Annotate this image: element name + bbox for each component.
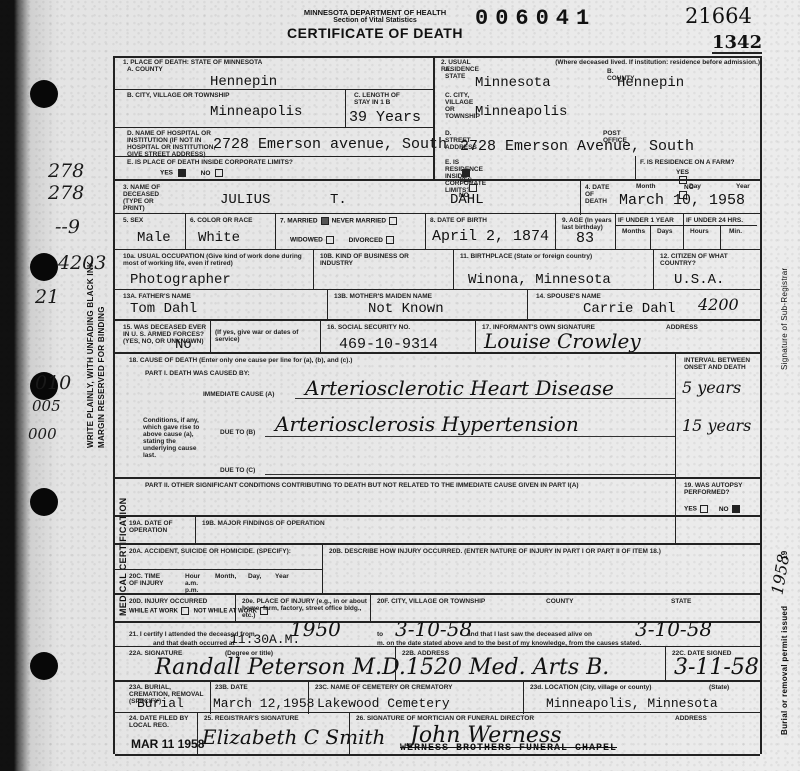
min-label: Min.	[729, 228, 742, 235]
spouse-name: Carrie Dahl	[583, 301, 675, 317]
birthplace: Winona, Minnesota	[468, 272, 611, 288]
residence-city: Minneapolis	[475, 104, 567, 120]
mother-name: Not Known	[368, 301, 444, 317]
under-24-label: IF UNDER 24 HRS.	[686, 217, 743, 224]
divider	[115, 127, 433, 128]
findings-cell: 19b. MAJOR FINDINGS OF OPERATION	[195, 517, 676, 545]
immediate-cause-label: IMMEDIATE CAUSE (a)	[203, 391, 274, 398]
year-label: Year	[275, 573, 289, 580]
day-label: Day,	[248, 573, 261, 580]
injury-occurred-label: 20d. INJURY OCCURRED	[129, 598, 207, 605]
operation-date-label: 19a. DATE OF OPERATION	[129, 520, 179, 534]
yes-checkbox-checked[interactable]	[178, 169, 186, 177]
operation-row: 19a. DATE OF OPERATION 19b. MAJOR FINDIN…	[115, 515, 760, 545]
stay-label: c. LENGTH OF STAY in 1 b	[354, 92, 409, 106]
parents-row: 13a. FATHER'S NAME Tom Dahl 13b. MOTHER'…	[115, 289, 760, 320]
min-cell: Min.	[720, 225, 721, 250]
occupation-row: 10a. USUAL OCCUPATION (Give kind of work…	[115, 249, 760, 290]
no-checkbox[interactable]	[215, 169, 223, 177]
conditions-label: Conditions, if any, which gave rise to a…	[143, 417, 205, 459]
inside-limits-label: e. IS PLACE OF DEATH INSIDE CORPORATE LI…	[127, 159, 293, 166]
immediate-interval: 5 years	[682, 378, 741, 397]
no-checkbox-checked[interactable]	[732, 505, 740, 513]
residence-note: (Where deceased lived. If institution: r…	[555, 59, 760, 66]
injury-county-label: COUNTY	[546, 598, 573, 605]
findings-label: 19b. MAJOR FINDINGS OF OPERATION	[202, 520, 325, 527]
age-label: 9. AGE (In years last birthday)	[562, 217, 618, 231]
never-married-label: NEVER MARRIED	[332, 218, 387, 225]
hour-label: Hour a.m. p.m.	[185, 573, 205, 594]
hours-label: Hours	[690, 228, 709, 235]
certificate-number: 006041	[475, 6, 596, 31]
death-city: Minneapolis	[210, 104, 302, 120]
margin-note: 278	[48, 160, 84, 182]
part1-label: PART I. DEATH WAS CAUSED BY:	[145, 370, 250, 377]
last-seen-label: and that I last saw the deceased alive o…	[467, 631, 592, 638]
widowed-options: WIDOWED DIVORCED	[290, 236, 397, 244]
injury-state-label: STATE	[671, 598, 691, 605]
service-row: 15. WAS DECEASED EVER IN U. S. ARMED FOR…	[115, 319, 760, 354]
under-1-year-label: IF UNDER 1 YEAR	[618, 217, 674, 224]
date-of-birth: April 2, 1874	[432, 228, 549, 245]
page-title: CERTIFICATE OF DEATH	[270, 25, 480, 41]
informant-signature: Louise Crowley	[484, 329, 641, 353]
department-title: MINNESOTA DEPARTMENT OF HEALTH	[290, 8, 460, 17]
injury-row: 20a. ACCIDENT, SUICIDE OR HOMICIDE. (SPE…	[115, 543, 760, 595]
cemetery-cell: 23c. NAME OF CEMETERY OR CREMATORY Lakew…	[308, 682, 524, 714]
divorced-label: DIVORCED	[349, 237, 383, 244]
time-of-death: 11:30A.M.	[230, 632, 300, 647]
stay-cell: c. LENGTH OF STAY in 1 b 39 Years	[345, 89, 346, 127]
permit-year-hand: 1958	[767, 553, 793, 596]
physician-address-cell: 22b. ADDRESS 1520 Med. Arts B.	[395, 647, 666, 681]
farm-cell: f. IS RESIDENCE ON A FARM? YES NO	[635, 156, 636, 179]
day-label: Day	[689, 183, 701, 190]
part2-label: PART II. OTHER SIGNIFICANT CONDITIONS CO…	[145, 482, 655, 489]
race-cell: 6. COLOR OR RACE White	[185, 214, 186, 250]
under-24-hrs-cell: IF UNDER 24 HRS. Hours Min.	[683, 214, 757, 250]
part2-row: PART II. OTHER SIGNIFICANT CONDITIONS CO…	[115, 477, 760, 517]
hospital-label: d. NAME OF HOSPITAL OR INSTITUTION (If n…	[127, 130, 227, 158]
binding-hole	[30, 253, 58, 281]
registrar-label: 25. REGISTRAR'S SIGNATURE	[204, 715, 299, 722]
burial-state-label: (State)	[709, 684, 729, 691]
usual-residence-section: 2. USUAL RESIDENCE (Where deceased lived…	[433, 56, 435, 179]
to-label: to	[377, 631, 383, 638]
director-label: 26. SIGNATURE OF MORTICIAN OR FUNERAL DI…	[356, 715, 534, 722]
year-label: Year	[736, 183, 750, 190]
cause-of-death-section: 18. CAUSE OF DEATH (Enter only one cause…	[115, 352, 760, 479]
cemetery: Lakewood Cemetery	[317, 696, 450, 711]
married-options: 7. MARRIEDNEVER MARRIED	[280, 217, 400, 225]
address-label: ADDRESS	[666, 324, 698, 331]
margin-note: 278	[48, 182, 84, 204]
immediate-cause: Arteriosclerotic Heart Disease	[305, 376, 614, 400]
date-signed-cell: 22c. DATE SIGNED 3-11-58	[665, 647, 757, 681]
married-checkbox[interactable]	[321, 217, 329, 225]
vitals-row: 5. SEX Male 6. COLOR OR RACE White 7. MA…	[115, 213, 760, 250]
while-at-work-label: WHILE AT WORK	[129, 609, 178, 615]
burial-location-label: 23d. LOCATION (City, village or county)	[530, 684, 651, 691]
burial-row: 23a. BURIAL, CREMATION, REMOVAL (Specify…	[115, 680, 760, 714]
hospital-address: 2728 Emerson avenue, South	[213, 136, 447, 153]
divider	[115, 156, 433, 157]
certificate-paper: 278 278 --9 4203 21 010 005 000 WRITE PL…	[0, 0, 800, 771]
death-certificate-form: 1. PLACE OF DEATH: STATE OF MINNESOTA a.…	[113, 56, 762, 754]
spouse-cell: 14. SPOUSE'S NAME Carrie Dahl 4200	[527, 290, 757, 320]
margin-note: 4203	[58, 252, 106, 274]
occupation-label: 10a. USUAL OCCUPATION (Give kind of work…	[123, 253, 308, 267]
residence-street: 2728 Emerson Avenue, South	[460, 138, 694, 155]
physician-row: 22a. SIGNATURE (Degree or title) Randall…	[115, 646, 760, 681]
margin-note: 000	[28, 425, 57, 443]
days-label: Days	[657, 228, 673, 235]
father-label: 13a. FATHER'S NAME	[123, 293, 191, 300]
place-of-death-label: 1. PLACE OF DEATH: STATE OF MINNESOTA	[123, 59, 262, 66]
race-label: 6. COLOR OR RACE	[190, 217, 260, 224]
certification-row: 21. I certify I attended the deceased fr…	[115, 621, 760, 648]
last-name: DAHL	[450, 192, 484, 208]
due-to-b-label: DUE TO (b)	[220, 429, 255, 436]
business-label: 10b. KIND OF BUSINESS OR INDUSTRY	[320, 253, 420, 267]
ssn: 469-10-9314	[339, 336, 438, 353]
under-1-year-cell: IF UNDER 1 YEAR Months Days	[615, 214, 684, 250]
yes-checkbox-checked[interactable]	[462, 169, 470, 177]
burial-date: March 12,1958	[213, 696, 314, 711]
interval-label: INTERVAL BETWEEN ONSET AND DEATH	[684, 357, 759, 371]
due-to-b-cause: Arteriosclerosis Hypertension	[275, 412, 579, 436]
physician-address: 1520 Med. Arts B.	[406, 655, 609, 680]
dob-cell: 8. DATE OF BIRTH April 2, 1874	[425, 214, 556, 250]
date-filed: MAR 11 1958	[131, 737, 204, 751]
name-row: 3. NAME OF DECEASED (Type or Print) JULI…	[115, 179, 760, 215]
director-address-label: ADDRESS	[675, 715, 707, 722]
due-to-c-label: DUE TO (c)	[220, 467, 255, 474]
no-label: NO	[719, 506, 729, 513]
armed-forces: No	[175, 337, 192, 353]
marital-cell: 7. MARRIEDNEVER MARRIED WIDOWED DIVORCED	[275, 214, 426, 250]
yes-label: YES	[160, 170, 173, 177]
burial-location: Minneapolis, Minnesota	[546, 696, 718, 711]
registrar-cell: 25. REGISTRAR'S SIGNATURE Elizabeth C Sm…	[197, 713, 350, 755]
binding-hole	[30, 488, 58, 516]
autopsy-label: 19. WAS AUTOPSY PERFORMED?	[684, 482, 754, 496]
filed-label: 24. DATE FILED BY LOCAL REG.	[129, 715, 189, 729]
margin-note: 005	[32, 397, 61, 415]
never-married-checkbox[interactable]	[389, 217, 397, 225]
name-label: 3. NAME OF DECEASED (Type or Print)	[123, 184, 163, 212]
death-county: Hennepin	[210, 74, 277, 90]
burial-location-cell: 23d. LOCATION (City, village or county) …	[523, 682, 757, 714]
ink-instruction: WRITE PLAINLY, WITH UNFADING BLACK INK	[86, 261, 95, 448]
date-of-death-label: 4. DATE OF DEATH	[585, 184, 615, 205]
time-of-injury-label: 20c. TIME OF INJURY	[129, 573, 169, 587]
describe-injury-label: 20b. DESCRIBE HOW INJURY OCCURRED. (Ente…	[329, 548, 661, 555]
burial-date-cell: 23b. DATE March 12,1958	[210, 682, 309, 714]
sex-label: 5. SEX	[123, 217, 143, 224]
cemetery-label: 23c. NAME OF CEMETERY OR CREMATORY	[315, 684, 452, 691]
father-name: Tom Dahl	[130, 301, 197, 317]
divider	[115, 89, 433, 90]
describe-injury-cell: 20b. DESCRIBE HOW INJURY OCCURRED. (Ente…	[322, 545, 757, 595]
armed-forces-label: 15. WAS DECEASED EVER IN U. S. ARMED FOR…	[123, 324, 213, 345]
autopsy-options: YES NO	[684, 505, 743, 513]
dob-label: 8. DATE OF BIRTH	[430, 217, 487, 224]
file-number: 21664	[685, 4, 752, 28]
divider	[115, 569, 322, 570]
county-label: a. COUNTY	[127, 66, 163, 73]
yes-label: YES	[684, 506, 697, 513]
citizen-cell: 12. CITIZEN OF WHAT COUNTRY? U.S.A.	[653, 250, 757, 290]
mother-cell: 13b. MOTHER'S MAIDEN NAME Not Known	[327, 290, 528, 320]
residence-state: Minnesota	[475, 75, 551, 91]
binding-hole	[30, 80, 58, 108]
state-label: a. STATE	[445, 66, 465, 80]
injury-city-label: 20f. CITY, VILLAGE OR TOWNSHIP	[377, 598, 485, 605]
month-label: Month	[636, 183, 656, 190]
widowed-label: WIDOWED	[290, 237, 323, 244]
funeral-home: WERNESS BROTHERS FUNERAL CHAPEL	[400, 743, 617, 754]
stay-length: 39 Years	[349, 109, 421, 126]
widowed-checkbox[interactable]	[326, 236, 334, 244]
margin-note: 010	[35, 372, 71, 394]
section-title: Section of Vital Statistics	[290, 17, 460, 24]
service-note: (If yes, give war or dates of service)	[215, 329, 320, 343]
citizen-label: 12. CITIZEN OF WHAT COUNTRY?	[660, 253, 750, 267]
empty-cell	[675, 517, 757, 545]
sub-registrar-label: Signature of Sub-Registrar	[780, 267, 789, 370]
accident-label: 20a. ACCIDENT, SUICIDE OR HOMICIDE. (SPE…	[129, 548, 291, 555]
spouse-label: 14. SPOUSE'S NAME	[536, 293, 601, 300]
yes-checkbox[interactable]	[700, 505, 708, 513]
citizenship: U.S.A.	[674, 272, 724, 288]
business-cell: 10b. KIND OF BUSINESS OR INDUSTRY	[313, 250, 454, 290]
date-of-death: March 10, 1958	[619, 192, 745, 209]
ssn-label: 16. SOCIAL SECURITY NO.	[327, 324, 410, 331]
no-label: NO	[201, 170, 211, 177]
ssn-cell: 16. SOCIAL SECURITY NO. 469-10-9314	[320, 321, 476, 354]
first-name: JULIUS	[220, 192, 270, 208]
permit-issued-label: Burial or removal permit issued	[780, 606, 789, 735]
autopsy-cell: 19. WAS AUTOPSY PERFORMED? YES NO	[675, 479, 757, 517]
while-at-work-checkbox[interactable]	[181, 607, 189, 615]
age-cell: 9. AGE (In years last birthday) 83	[555, 214, 616, 250]
informant-cell: 17. INFORMANT'S OWN SIGNATURE ADDRESS Lo…	[475, 321, 757, 354]
local-number: 1342	[712, 34, 762, 54]
spouse-note: 4200	[698, 295, 739, 314]
residence-county: Hennepin	[617, 75, 684, 91]
inside-limits-options: YES NO	[160, 169, 226, 177]
attended-to: 3-10-58	[395, 617, 472, 641]
mother-label: 13b. MOTHER'S MAIDEN NAME	[334, 293, 432, 300]
month-label: Month,	[215, 573, 236, 580]
birthplace-cell: 11. BIRTHPLACE (State or foreign country…	[453, 250, 654, 290]
city-label: b. CITY, VILLAGE OR TOWNSHIP	[127, 92, 229, 99]
race: White	[198, 230, 240, 246]
birthplace-label: 11. BIRTHPLACE (State or foreign country…	[460, 253, 592, 260]
place-of-death-section: 1. PLACE OF DEATH: STATE OF MINNESOTA a.…	[115, 56, 433, 179]
burial-date-label: 23b. DATE	[215, 684, 248, 691]
last-seen-date: 3-10-58	[635, 617, 712, 641]
place-of-injury-label: 20e. PLACE OF INJURY (e.g., in or about …	[242, 598, 367, 619]
divorced-checkbox[interactable]	[386, 236, 394, 244]
married-label: 7. MARRIED	[280, 218, 318, 225]
form-bottom-border	[115, 754, 760, 756]
date-signed: 3-11-58	[674, 655, 759, 680]
date-of-death-cell: 4. DATE OF DEATH Month Day Year March 10…	[580, 181, 581, 215]
funeral-director-cell: 26. SIGNATURE OF MORTICIAN OR FUNERAL DI…	[349, 713, 757, 755]
days-cell: Days	[650, 225, 651, 250]
physician-signature: Randall Peterson M.D.	[155, 655, 406, 680]
yes-label: YES	[676, 169, 689, 176]
cause-of-death-label: 18. CAUSE OF DEATH (Enter only one cause…	[129, 357, 352, 364]
margin-note: 21	[35, 286, 59, 308]
underline	[265, 474, 675, 475]
farm-label: f. IS RESIDENCE ON A FARM?	[640, 159, 770, 166]
occupation: Photographer	[130, 272, 231, 288]
binding-hole	[30, 652, 58, 680]
underline	[265, 436, 675, 437]
binding-margin-label: MARGIN RESERVED FOR BINDING	[97, 306, 106, 448]
sex: Male	[137, 230, 171, 246]
middle-initial: T.	[330, 192, 347, 208]
filing-row: 24. DATE FILED BY LOCAL REG. MAR 11 1958…	[115, 712, 760, 755]
margin-note: --9	[55, 216, 80, 238]
service-cell: (If yes, give war or dates of service)	[210, 321, 321, 354]
interval-cell: INTERVAL BETWEEN ONSET AND DEATH 5 years…	[675, 354, 757, 479]
due-to-b-interval: 15 years	[682, 416, 751, 435]
age: 83	[576, 230, 594, 247]
burial-type: Burial	[137, 696, 184, 711]
months-label: Months	[622, 228, 645, 235]
